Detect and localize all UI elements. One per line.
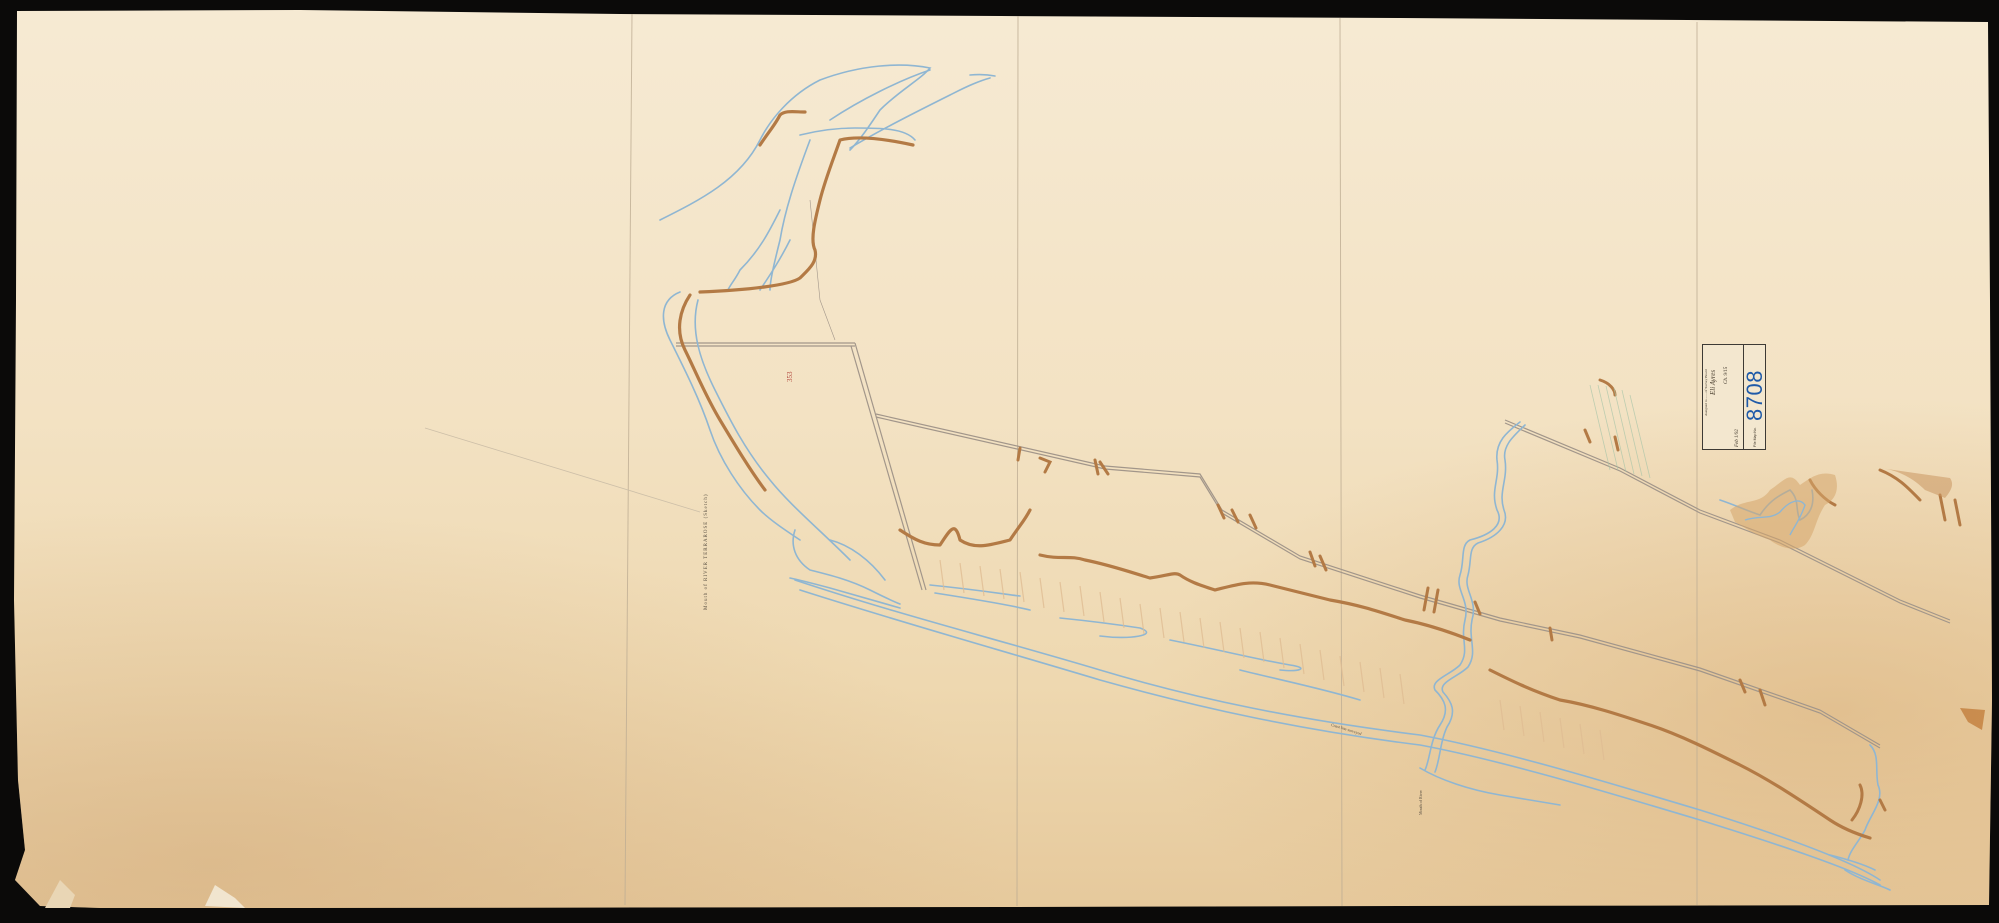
stamp-ref: Ch. 9/15: [1724, 367, 1729, 384]
river-mouth-label: Mouth of RIVER TERRAROSE (Sketch): [704, 493, 709, 610]
stamp-signature: Eli Ayres: [1711, 370, 1716, 395]
stamp-date: Feb 1/92: [1735, 429, 1740, 447]
stamp-date-text: Feb 1/92: [1735, 429, 1740, 447]
parcel-number-label: 353: [786, 372, 794, 383]
stamp-file-label: File Map No.: [1753, 421, 1757, 450]
river-mouth-label-text: Mouth of RIVER TERRAROSE: [704, 521, 709, 610]
parcel-number-text: 353: [786, 372, 794, 383]
stamp-number-row: File Map No. 8708: [1744, 344, 1766, 450]
mid-river-note-label: Mouth of River: [1418, 790, 1423, 815]
stamp-details: Assigned to ...... of Survey Board Eli A…: [1702, 344, 1744, 450]
map-scan: Mouth of RIVER TERRAROSE (Sketch) 353 Co…: [0, 0, 1999, 923]
mid-river-note-text: Mouth of River: [1418, 790, 1423, 815]
stamp-file-number: 8708: [1744, 370, 1766, 421]
river-mouth-sublabel-text: (Sketch): [704, 493, 709, 518]
file-map-stamp: Assigned to ...... of Survey Board Eli A…: [1702, 344, 1766, 450]
map-canvas: [0, 0, 1999, 923]
